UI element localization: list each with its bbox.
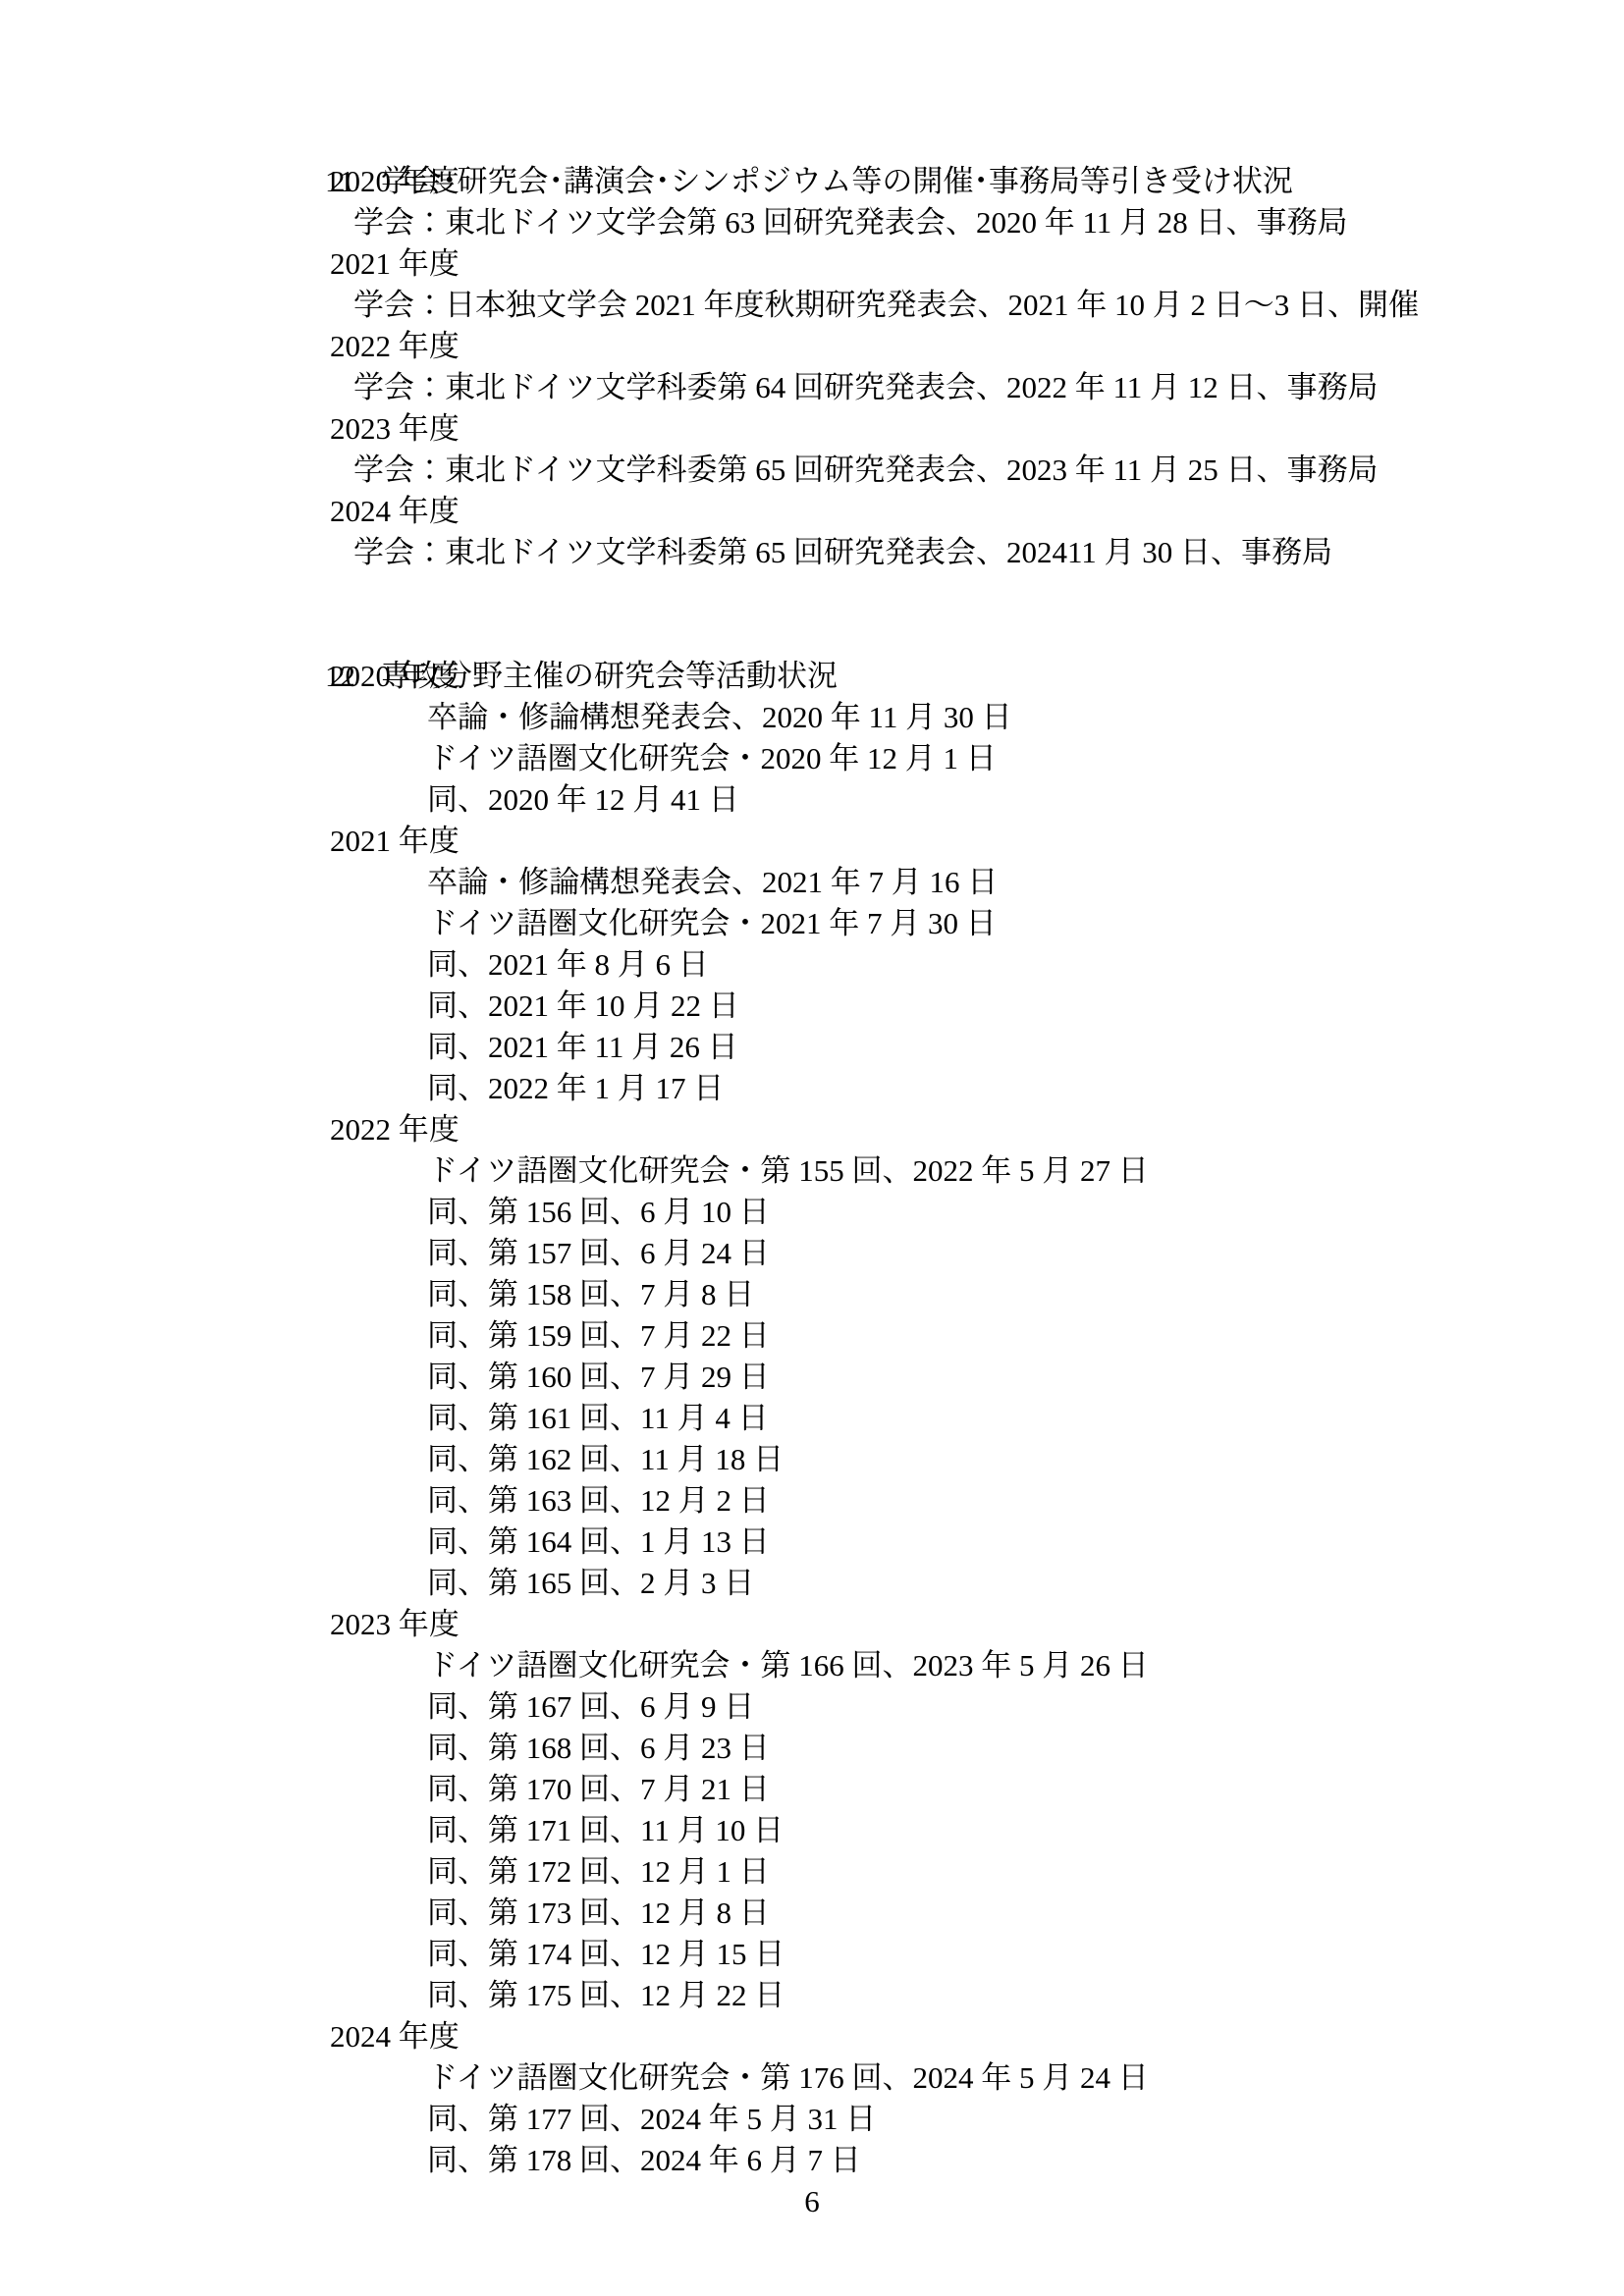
fiscal-year-label: 2021 年度 [0,243,1624,285]
event-entry: 同、第 170 回、7 月 21 日 [0,1769,1624,1810]
event-entry: 同、第 158 回、7 月 8 日 [0,1274,1624,1315]
event-entry: ドイツ語圏文化研究会・第 176 回、2024 年 5 月 24 日 [0,2057,1624,2099]
event-entry: ドイツ語圏文化研究会・2020 年 12 月 1 日 [0,738,1624,779]
fiscal-year-label: 2022 年度 [0,326,1624,367]
fiscal-year-label: 2021 年度 [0,821,1624,862]
event-entry: 同、2020 年 12 月 41 日 [0,779,1624,821]
event-entry: 同、第 175 回、12 月 22 日 [0,1975,1624,2016]
event-entry: ドイツ語圏文化研究会・2021 年 7 月 30 日 [0,903,1624,944]
fiscal-year-label: 2022 年度 [0,1109,1624,1150]
fiscal-year-label: 2024 年度 [0,491,1624,532]
event-entry: 学会：東北ドイツ文学会第 63 回研究発表会、2020 年 11 月 28 日、… [0,202,1624,243]
fiscal-year-label: 2023 年度 [0,1604,1624,1645]
section-12-heading: 12専攻分野主催の研究会等活動状況 [0,614,1624,656]
event-entry: 同、2022 年 1 月 17 日 [0,1068,1624,1109]
event-entry: 同、第 172 回、12 月 1 日 [0,1851,1624,1893]
section-11-body: 2020 年度学会：東北ドイツ文学会第 63 回研究発表会、2020 年 11 … [0,161,1624,573]
event-entry: 同、第 167 回、6 月 9 日 [0,1686,1624,1728]
event-entry: 学会：日本独文学会 2021 年度秋期研究発表会、2021 年 10 月 2 日… [0,285,1624,326]
event-entry: 同、第 173 回、12 月 8 日 [0,1893,1624,1934]
event-entry: 同、第 157 回、6 月 24 日 [0,1233,1624,1274]
event-entry: 同、第 168 回、6 月 23 日 [0,1728,1624,1769]
event-entry: 学会：東北ドイツ文学科委第 64 回研究発表会、2022 年 11 月 12 日… [0,367,1624,408]
event-entry: 同、第 160 回、7 月 29 日 [0,1357,1624,1398]
event-entry: 同、第 161 回、11 月 4 日 [0,1398,1624,1439]
fiscal-year-label: 2024 年度 [0,2016,1624,2057]
section-12-body: 2020 年度卒論・修論構想発表会、2020 年 11 月 30 日ドイツ語圏文… [0,656,1624,2181]
event-entry: 同、第 177 回、2024 年 5 月 31 日 [0,2099,1624,2140]
document-body: 11学会･研究会･講演会･シンポジウム等の開催･事務局等引き受け状況 2020 … [0,120,1624,2181]
event-entry: ドイツ語圏文化研究会・第 155 回、2022 年 5 月 27 日 [0,1150,1624,1192]
page-number: 6 [0,2181,1624,2222]
event-entry: 卒論・修論構想発表会、2020 年 11 月 30 日 [0,697,1624,738]
event-entry: 同、第 174 回、12 月 15 日 [0,1934,1624,1975]
event-entry: 同、第 156 回、6 月 10 日 [0,1192,1624,1233]
event-entry: 同、2021 年 11 月 26 日 [0,1027,1624,1068]
event-entry: 同、第 171 回、11 月 10 日 [0,1810,1624,1851]
event-entry: 卒論・修論構想発表会、2021 年 7 月 16 日 [0,862,1624,903]
event-entry: 同、第 162 回、11 月 18 日 [0,1439,1624,1480]
event-entry: 同、第 164 回、1 月 13 日 [0,1522,1624,1563]
event-entry: 同、第 159 回、7 月 22 日 [0,1315,1624,1357]
section-11-title: 学会･研究会･講演会･シンポジウム等の開催･事務局等引き受け状況 [381,164,1293,198]
event-entry: 学会：東北ドイツ文学科委第 65 回研究発表会、202411 月 30 日、事務… [0,532,1624,573]
event-entry: ドイツ語圏文化研究会・第 166 回、2023 年 5 月 26 日 [0,1645,1624,1686]
event-entry: 同、第 163 回、12 月 2 日 [0,1480,1624,1522]
section-11-heading: 11学会･研究会･講演会･シンポジウム等の開催･事務局等引き受け状況 [0,120,1624,161]
event-entry: 同、第 165 回、2 月 3 日 [0,1563,1624,1604]
event-entry: 学会：東北ドイツ文学科委第 65 回研究発表会、2023 年 11 月 25 日… [0,450,1624,491]
event-entry: 同、2021 年 10 月 22 日 [0,986,1624,1027]
event-entry: 同、第 178 回、2024 年 6 月 7 日 [0,2140,1624,2181]
fiscal-year-label: 2023 年度 [0,408,1624,450]
event-entry: 同、2021 年 8 月 6 日 [0,944,1624,986]
